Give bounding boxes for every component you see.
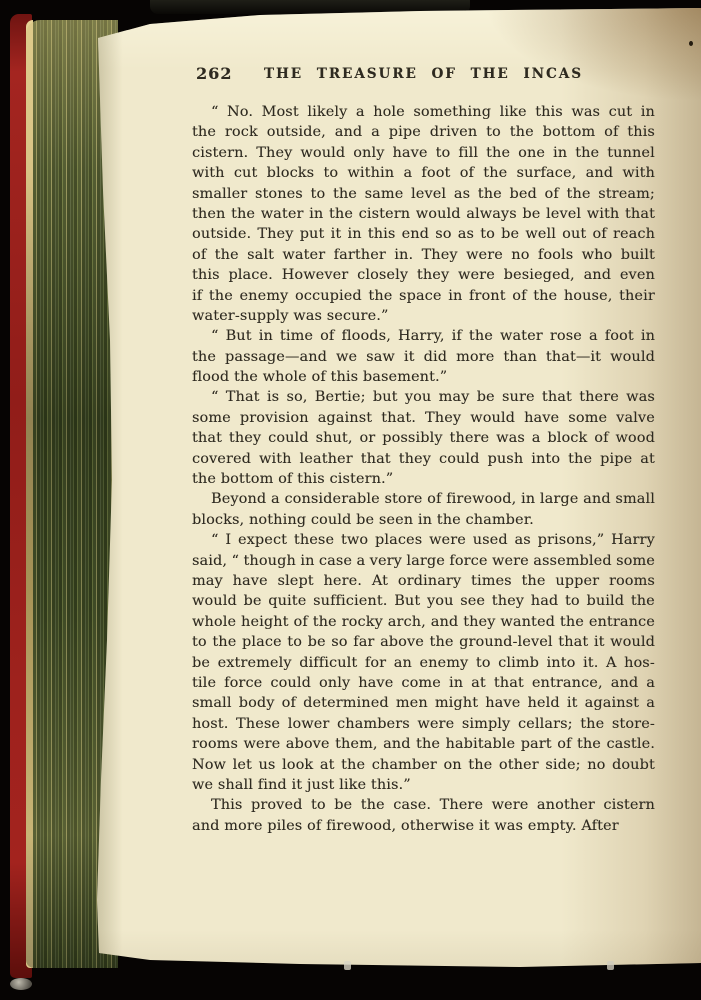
book-scan: 262 THE TREASURE OF THE INCAS “No.Mostli… [0, 0, 701, 1000]
text-line: Thisprovedtobethecase.Therewereanotherci… [192, 795, 655, 815]
text-line: “Butintimeoffloods,Harry,ifthewaterrosea… [192, 326, 655, 346]
page-number: 262 [196, 64, 232, 83]
running-title: THE TREASURE OF THE INCAS [192, 64, 655, 82]
paragraph: “Thatisso,Bertie;butyoumaybesurethatther… [192, 387, 655, 489]
text-line: “Iexpectthesetwoplaceswereusedasprisons,… [192, 530, 655, 550]
text-line: mayhaveslepthere.Atordinarytimestheupper… [192, 571, 655, 591]
text-line: beextremelydifficultforanenemytoclimbint… [192, 653, 655, 673]
text-line: iftheenemyoccupiedthespaceinfrontoftheho… [192, 286, 655, 306]
text-line: and more piles of firewood, otherwise it… [192, 816, 655, 836]
text-line: thenthewaterinthecisternwouldalwaysbelev… [192, 204, 655, 224]
text-line: water-supply was secure.” [192, 306, 655, 326]
text-line: thepassage—andwesawitdidmorethanthat—itw… [192, 347, 655, 367]
text-line: “No.Mostlikelyaholesomethinglikethiswasc… [192, 102, 655, 122]
text-line: host.Theselowerchambersweresimplycellars… [192, 714, 655, 734]
text-line: ofthesaltwaterfartherin.Theywerenofoolsw… [192, 245, 655, 265]
text-line: wholeheightoftherockyarch,andtheywantedt… [192, 612, 655, 632]
dust-speck [689, 41, 693, 46]
paragraph: Beyondaconsiderablestoreoffirewood,inlar… [192, 489, 655, 530]
text-line: thisplace.Howevercloselytheywerebesieged… [192, 265, 655, 285]
text-line: the bottom of this cistern.” [192, 469, 655, 489]
text-line: thattheycouldshut,orpossiblytherewasablo… [192, 428, 655, 448]
page-header: 262 THE TREASURE OF THE INCAS [192, 64, 655, 84]
text-block: “No.Mostlikelyaholesomethinglikethiswasc… [192, 102, 655, 836]
paragraph: “Butintimeoffloods,Harry,ifthewaterrosea… [192, 326, 655, 387]
text-line: flood the whole of this basement.” [192, 367, 655, 387]
text-line: we shall find it just like this.” [192, 775, 655, 795]
paragraph: “Iexpectthesetwoplaceswereusedasprisons,… [192, 530, 655, 795]
text-line: “Thatisso,Bertie;butyoumaybesurethatther… [192, 387, 655, 407]
text-line: totheplacetobesofarabovetheground-levelt… [192, 632, 655, 652]
text-line: Beyondaconsiderablestoreoffirewood,inlar… [192, 489, 655, 509]
text-line: wouldbequitesufficient.Butyouseetheyhadt… [192, 591, 655, 611]
text-line: therockoutside,andapipedriventothebottom… [192, 122, 655, 142]
text-line: withcutblockstowithinafootofthesurface,a… [192, 163, 655, 183]
text-line: blocks, nothing could be seen in the cha… [192, 510, 655, 530]
text-line: tileforcecouldonlyhavecomeinatthatentran… [192, 673, 655, 693]
paragraph: “No.Mostlikelyaholesomethinglikethiswasc… [192, 102, 655, 326]
metal-stud [10, 978, 32, 990]
text-line: coveredwithleatherthattheycouldpushintot… [192, 449, 655, 469]
edge-glint [607, 961, 614, 970]
text-line: cistern.Theywouldonlyhavetofilltheoneint… [192, 143, 655, 163]
text-line: said,“thoughincaseaverylargeforcewereass… [192, 551, 655, 571]
text-line: roomswereabovethem,andthehabitablepartof… [192, 734, 655, 754]
text-line: smallerstonestothesamelevelasthebedofthe… [192, 184, 655, 204]
text-line: outside.Theyputitinthisendsoastobewellou… [192, 224, 655, 244]
edge-glint [344, 961, 351, 970]
paragraph: Thisprovedtobethecase.Therewereanotherci… [192, 795, 655, 836]
text-line: Nowletuslookatthechamberontheotherside;n… [192, 755, 655, 775]
text-line: someprovisionagainstthat.Theywouldhaveso… [192, 408, 655, 428]
text-line: smallbodyofdeterminedmenmighthaveheldita… [192, 693, 655, 713]
